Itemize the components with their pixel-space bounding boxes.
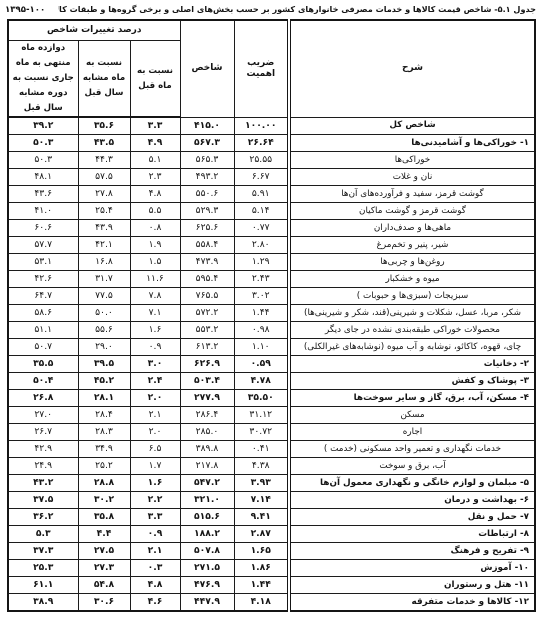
twelve-month-change-cell: ۵۰.۷: [8, 339, 78, 356]
mom-change-cell: ۳.۳: [130, 509, 180, 526]
weight-cell: ۲.۴۳: [234, 271, 289, 288]
row-label: ۱۱- هتل و رستوران: [289, 577, 535, 594]
weight-cell: ۳۵.۵۰: [234, 390, 289, 407]
yoy-change-cell: ۳۹.۵: [78, 356, 130, 373]
weight-cell: ۴.۷۸: [234, 373, 289, 390]
table-row: چای، قهوه، کاکائو، نوشابه و آب میوه (نوش…: [8, 339, 535, 356]
table-header: شرح ضریب اهمیت شاخص درصد تغییرات شاخص نس…: [8, 20, 535, 117]
cpi-table: شرح ضریب اهمیت شاخص درصد تغییرات شاخص نس…: [7, 19, 536, 612]
row-label: چای، قهوه، کاکائو، نوشابه و آب میوه (نوش…: [289, 339, 535, 356]
header-pct-change-group: درصد تغییرات شاخص: [8, 20, 180, 41]
weight-cell: ۴.۳۸: [234, 458, 289, 475]
index-cell: ۷۶۵.۵: [180, 288, 234, 305]
yoy-change-cell: ۲۸.۴: [78, 407, 130, 424]
row-label: اجاره: [289, 424, 535, 441]
mom-change-cell: ۲.۰: [130, 424, 180, 441]
weight-cell: ۱.۱۰: [234, 339, 289, 356]
index-cell: ۳۲۱.۰: [180, 492, 234, 509]
weight-cell: ۳.۰۲: [234, 288, 289, 305]
table-row: ۲- دخانیات ۰.۵۹ ۶۲۶.۹ ۳.۰ ۳۹.۵ ۳۵.۵: [8, 356, 535, 373]
table-row: ۱- خوراکی‌ها و آشامیدنی‌ها ۲۶.۶۴ ۵۶۷.۳ ۴…: [8, 135, 535, 152]
row-label: گوشت قرمز، سفید و فرآورده‌های آن‌ها: [289, 186, 535, 203]
row-label: آب، برق و سوخت: [289, 458, 535, 475]
index-cell: ۵۴۷.۲: [180, 475, 234, 492]
row-label: گوشت قرمز و گوشت ماکیان: [289, 203, 535, 220]
table-row: نان و غلات ۶.۶۷ ۴۹۳.۲ ۲.۳ ۵۷.۵ ۴۸.۱: [8, 169, 535, 186]
header-weight: ضریب اهمیت: [234, 20, 289, 117]
twelve-month-change-cell: ۵۳.۱: [8, 254, 78, 271]
weight-cell: ۲۵.۵۵: [234, 152, 289, 169]
mom-change-cell: ۰.۸: [130, 220, 180, 237]
mom-change-cell: ۱.۵: [130, 254, 180, 271]
table-row: خوراکی‌ها ۲۵.۵۵ ۵۶۵.۳ ۵.۱ ۴۴.۳ ۵۰.۳: [8, 152, 535, 169]
row-label: میوه و خشکبار: [289, 271, 535, 288]
mom-change-cell: ۲.۰: [130, 390, 180, 407]
weight-cell: ۶.۶۷: [234, 169, 289, 186]
weight-cell: ۰.۴۱: [234, 441, 289, 458]
twelve-month-change-cell: ۵.۳: [8, 526, 78, 543]
mom-change-cell: ۴.۸: [130, 577, 180, 594]
yoy-change-cell: ۴۳.۵: [78, 135, 130, 152]
weight-cell: ۲۶.۶۴: [234, 135, 289, 152]
twelve-month-change-cell: ۵۸.۶: [8, 305, 78, 322]
yoy-change-cell: ۷۷.۵: [78, 288, 130, 305]
table-row: ۹- تفریح و فرهنگ ۱.۶۵ ۵۰۷.۸ ۲.۱ ۲۷.۵ ۳۷.…: [8, 543, 535, 560]
index-cell: ۴۹۳.۲: [180, 169, 234, 186]
twelve-month-change-cell: ۲۴.۹: [8, 458, 78, 475]
row-label: نان و غلات: [289, 169, 535, 186]
mom-change-cell: ۱.۶: [130, 475, 180, 492]
index-cell: ۴۴۷.۹: [180, 594, 234, 612]
yoy-change-cell: ۳۰.۶: [78, 594, 130, 612]
twelve-month-change-cell: ۵۰.۳: [8, 152, 78, 169]
index-cell: ۶۲۶.۹: [180, 356, 234, 373]
weight-cell: ۵.۱۴: [234, 203, 289, 220]
mom-change-cell: ۶.۵: [130, 441, 180, 458]
row-label: خوراکی‌ها: [289, 152, 535, 169]
weight-cell: ۲.۸۷: [234, 526, 289, 543]
table-row: میوه و خشکبار ۲.۴۳ ۵۹۵.۴ ۱۱.۶ ۳۱.۷ ۴۲.۶: [8, 271, 535, 288]
mom-change-cell: ۰.۹: [130, 339, 180, 356]
mom-change-cell: ۳.۳: [130, 117, 180, 135]
mom-change-cell: ۵.۵: [130, 203, 180, 220]
row-label: شاخص کل: [289, 117, 535, 135]
weight-cell: ۱.۲۹: [234, 254, 289, 271]
yoy-change-cell: ۲۵.۴: [78, 203, 130, 220]
row-label: روغن‌ها و چربی‌ها: [289, 254, 535, 271]
row-label: ۱۲- کالاها و خدمات متفرقه: [289, 594, 535, 612]
mom-change-cell: ۱.۶: [130, 322, 180, 339]
table-row: ماهی‌ها و صدف‌داران ۰.۷۷ ۶۲۵.۶ ۰.۸ ۴۳.۹ …: [8, 220, 535, 237]
twelve-month-change-cell: ۳۷.۵: [8, 492, 78, 509]
mom-change-cell: ۲.۴: [130, 373, 180, 390]
yoy-change-cell: ۵۰.۰: [78, 305, 130, 322]
mom-change-cell: ۴.۹: [130, 135, 180, 152]
yoy-change-cell: ۲۷.۵: [78, 543, 130, 560]
weight-cell: ۹.۴۱: [234, 509, 289, 526]
weight-cell: ۱.۴۴: [234, 577, 289, 594]
index-cell: ۵۵۰.۶: [180, 186, 234, 203]
index-cell: ۵۶۵.۳: [180, 152, 234, 169]
table-row: ۷- حمل و نقل ۹.۴۱ ۵۱۵.۶ ۳.۳ ۳۵.۸ ۳۶.۲: [8, 509, 535, 526]
index-cell: ۵۵۳.۲: [180, 322, 234, 339]
weight-cell: ۱.۶۵: [234, 543, 289, 560]
twelve-month-change-cell: ۵۰.۳: [8, 135, 78, 152]
title-bar: جدول ۵.۱- شاخص قیمت کالاها و خدمات مصرفی…: [0, 0, 540, 15]
index-cell: ۵۰۳.۴: [180, 373, 234, 390]
index-cell: ۵۹۵.۴: [180, 271, 234, 288]
header-yoy-change: نسبت به ماه مشابه سال قبل: [78, 41, 130, 118]
table-row: گوشت قرمز، سفید و فرآورده‌های آن‌ها ۵.۹۱…: [8, 186, 535, 203]
index-cell: ۵۷۲.۲: [180, 305, 234, 322]
mom-change-cell: ۴.۶: [130, 594, 180, 612]
yoy-change-cell: ۳۱.۷: [78, 271, 130, 288]
row-label: ۹- تفریح و فرهنگ: [289, 543, 535, 560]
row-label: ۴- مسکن، آب، برق، گاز و سایر سوخت‌ها: [289, 390, 535, 407]
mom-change-cell: ۱.۷: [130, 458, 180, 475]
twelve-month-change-cell: ۲۶.۸: [8, 390, 78, 407]
mom-change-cell: ۰.۳: [130, 560, 180, 577]
row-label: ۸- ارتباطات: [289, 526, 535, 543]
table-row: ۳- پوشاک و کفش ۴.۷۸ ۵۰۳.۴ ۲.۴ ۴۵.۲ ۵۰.۴: [8, 373, 535, 390]
index-cell: ۲۱۷.۸: [180, 458, 234, 475]
index-cell: ۵۵۸.۴: [180, 237, 234, 254]
index-cell: ۵۲۹.۳: [180, 203, 234, 220]
index-cell: ۱۸۸.۲: [180, 526, 234, 543]
twelve-month-change-cell: ۵۱.۱: [8, 322, 78, 339]
table-row: ۵- مبلمان و لوازم خانگی و نگهداری معمول …: [8, 475, 535, 492]
table-row: خدمات نگهداری و تعمیر واحد مسکونی (خدمت …: [8, 441, 535, 458]
twelve-month-change-cell: ۳۷.۳: [8, 543, 78, 560]
table-row: اجاره ۳۰.۷۲ ۲۸۵.۰ ۲.۰ ۲۸.۳ ۲۶.۷: [8, 424, 535, 441]
yoy-change-cell: ۲۵.۲: [78, 458, 130, 475]
twelve-month-change-cell: ۵۰.۴: [8, 373, 78, 390]
twelve-month-change-cell: ۴۲.۶: [8, 271, 78, 288]
row-label: ۱- خوراکی‌ها و آشامیدنی‌ها: [289, 135, 535, 152]
weight-cell: ۰.۵۹: [234, 356, 289, 373]
yoy-change-cell: ۵۴.۸: [78, 577, 130, 594]
twelve-month-change-cell: ۴۸.۱: [8, 169, 78, 186]
index-cell: ۴۷۳.۹: [180, 254, 234, 271]
table-row: شکر، مربا، عسل، شکلات و شیرینی(قند، شکر …: [8, 305, 535, 322]
table-row: ۶- بهداشت و درمان ۷.۱۴ ۳۲۱.۰ ۲.۲ ۳۰.۲ ۳۷…: [8, 492, 535, 509]
twelve-month-change-cell: ۴۱.۰: [8, 203, 78, 220]
weight-cell: ۳۰.۷۲: [234, 424, 289, 441]
yoy-change-cell: ۲۹.۰: [78, 339, 130, 356]
index-cell: ۵۶۷.۳: [180, 135, 234, 152]
table-body: شاخص کل ۱۰۰.۰۰ ۴۱۵.۰ ۳.۳ ۳۵.۶ ۳۹.۲ ۱- خو…: [8, 117, 535, 611]
twelve-month-change-cell: ۳۹.۲: [8, 117, 78, 135]
table-row: ۸- ارتباطات ۲.۸۷ ۱۸۸.۲ ۰.۹ ۴.۴ ۵.۳: [8, 526, 535, 543]
row-label: ۳- پوشاک و کفش: [289, 373, 535, 390]
mom-change-cell: ۷.۸: [130, 288, 180, 305]
index-cell: ۴۷۶.۹: [180, 577, 234, 594]
table-row: شاخص کل ۱۰۰.۰۰ ۴۱۵.۰ ۳.۳ ۳۵.۶ ۳۹.۲: [8, 117, 535, 135]
yoy-change-cell: ۲۸.۸: [78, 475, 130, 492]
row-label: شکر، مربا، عسل، شکلات و شیرینی(قند، شکر …: [289, 305, 535, 322]
yoy-change-cell: ۴۲.۱: [78, 237, 130, 254]
index-cell: ۶۲۵.۶: [180, 220, 234, 237]
twelve-month-change-cell: ۳۶.۲: [8, 509, 78, 526]
table-row: ۱۰- آموزش ۱.۸۶ ۲۷۱.۵ ۰.۳ ۲۷.۳ ۲۵.۳: [8, 560, 535, 577]
base-year-note: ۱۳۹۵-۱۰۰: [5, 4, 45, 15]
row-label: شیر، پنیر و تخم‌مرغ: [289, 237, 535, 254]
table-row: شیر، پنیر و تخم‌مرغ ۲.۸۰ ۵۵۸.۴ ۱.۹ ۴۲.۱ …: [8, 237, 535, 254]
twelve-month-change-cell: ۲۵.۳: [8, 560, 78, 577]
yoy-change-cell: ۲۸.۱: [78, 390, 130, 407]
row-label: ۵- مبلمان و لوازم خانگی و نگهداری معمول …: [289, 475, 535, 492]
table-row: آب، برق و سوخت ۴.۳۸ ۲۱۷.۸ ۱.۷ ۲۵.۲ ۲۴.۹: [8, 458, 535, 475]
table-row: ۱۱- هتل و رستوران ۱.۴۴ ۴۷۶.۹ ۴.۸ ۵۴.۸ ۶۱…: [8, 577, 535, 594]
twelve-month-change-cell: ۶۴.۷: [8, 288, 78, 305]
header-index: شاخص: [180, 20, 234, 117]
yoy-change-cell: ۴۳.۹: [78, 220, 130, 237]
twelve-month-change-cell: ۴۳.۶: [8, 186, 78, 203]
weight-cell: ۳۱.۱۲: [234, 407, 289, 424]
yoy-change-cell: ۳۴.۹: [78, 441, 130, 458]
weight-cell: ۱.۸۶: [234, 560, 289, 577]
mom-change-cell: ۲.۱: [130, 407, 180, 424]
mom-change-cell: ۵.۱: [130, 152, 180, 169]
header-mom-change: نسبت به ماه قبل: [130, 41, 180, 118]
weight-cell: ۱.۴۴: [234, 305, 289, 322]
row-label: ۶- بهداشت و درمان: [289, 492, 535, 509]
row-label: ماهی‌ها و صدف‌داران: [289, 220, 535, 237]
mom-change-cell: ۷.۱: [130, 305, 180, 322]
yoy-change-cell: ۲۷.۸: [78, 186, 130, 203]
mom-change-cell: ۱۱.۶: [130, 271, 180, 288]
yoy-change-cell: ۲۸.۳: [78, 424, 130, 441]
table-row: ۱۲- کالاها و خدمات متفرقه ۴.۱۸ ۴۴۷.۹ ۴.۶…: [8, 594, 535, 612]
twelve-month-change-cell: ۶۰.۶: [8, 220, 78, 237]
index-cell: ۲۷۷.۹: [180, 390, 234, 407]
yoy-change-cell: ۵۵.۶: [78, 322, 130, 339]
header-description: شرح: [289, 20, 535, 117]
mom-change-cell: ۴.۸: [130, 186, 180, 203]
table-row: ۴- مسکن، آب، برق، گاز و سایر سوخت‌ها ۳۵.…: [8, 390, 535, 407]
row-label: مسکن: [289, 407, 535, 424]
yoy-change-cell: ۱۶.۸: [78, 254, 130, 271]
yoy-change-cell: ۲۷.۳: [78, 560, 130, 577]
twelve-month-change-cell: ۳۸.۹: [8, 594, 78, 612]
twelve-month-change-cell: ۵۷.۷: [8, 237, 78, 254]
row-label: ۲- دخانیات: [289, 356, 535, 373]
index-cell: ۳۸۹.۸: [180, 441, 234, 458]
table-row: مسکن ۳۱.۱۲ ۲۸۶.۴ ۲.۱ ۲۸.۴ ۲۷.۰: [8, 407, 535, 424]
yoy-change-cell: ۳۵.۸: [78, 509, 130, 526]
twelve-month-change-cell: ۲۷.۰: [8, 407, 78, 424]
twelve-month-change-cell: ۶۱.۱: [8, 577, 78, 594]
weight-cell: ۰.۷۷: [234, 220, 289, 237]
index-cell: ۲۷۱.۵: [180, 560, 234, 577]
table-row: روغن‌ها و چربی‌ها ۱.۲۹ ۴۷۳.۹ ۱.۵ ۱۶.۸ ۵۳…: [8, 254, 535, 271]
weight-cell: ۴.۱۸: [234, 594, 289, 612]
mom-change-cell: ۱.۹: [130, 237, 180, 254]
mom-change-cell: ۰.۹: [130, 526, 180, 543]
index-cell: ۲۸۶.۴: [180, 407, 234, 424]
index-cell: ۴۱۵.۰: [180, 117, 234, 135]
yoy-change-cell: ۵۷.۵: [78, 169, 130, 186]
mom-change-cell: ۲.۳: [130, 169, 180, 186]
page-title: جدول ۵.۱- شاخص قیمت کالاها و خدمات مصرفی…: [58, 4, 536, 14]
row-label: ۱۰- آموزش: [289, 560, 535, 577]
yoy-change-cell: ۴۵.۲: [78, 373, 130, 390]
yoy-change-cell: ۴۴.۳: [78, 152, 130, 169]
weight-cell: ۵.۹۱: [234, 186, 289, 203]
yoy-change-cell: ۴.۴: [78, 526, 130, 543]
table-row: محصولات خوراکی طبقه‌بندی نشده در جای دیگ…: [8, 322, 535, 339]
twelve-month-change-cell: ۴۲.۹: [8, 441, 78, 458]
document-page: { "meta": { "title": "جدول ۵.۱- شاخص قیم…: [0, 0, 540, 640]
table-row: سبزیجات (سبزی‌ها و حبوبات ) ۳.۰۲ ۷۶۵.۵ ۷…: [8, 288, 535, 305]
index-cell: ۶۱۳.۲: [180, 339, 234, 356]
yoy-change-cell: ۳۰.۲: [78, 492, 130, 509]
twelve-month-change-cell: ۴۳.۲: [8, 475, 78, 492]
weight-cell: ۲.۸۰: [234, 237, 289, 254]
mom-change-cell: ۳.۰: [130, 356, 180, 373]
mom-change-cell: ۲.۱: [130, 543, 180, 560]
row-label: سبزیجات (سبزی‌ها و حبوبات ): [289, 288, 535, 305]
header-twelve-month-change: دوازده ماه منتهی به ماه جاری نسبت به دور…: [8, 41, 78, 118]
weight-cell: ۳.۹۳: [234, 475, 289, 492]
table-row: گوشت قرمز و گوشت ماکیان ۵.۱۴ ۵۲۹.۳ ۵.۵ ۲…: [8, 203, 535, 220]
yoy-change-cell: ۳۵.۶: [78, 117, 130, 135]
twelve-month-change-cell: ۲۶.۷: [8, 424, 78, 441]
weight-cell: ۷.۱۴: [234, 492, 289, 509]
weight-cell: ۰.۹۸: [234, 322, 289, 339]
row-label: خدمات نگهداری و تعمیر واحد مسکونی (خدمت …: [289, 441, 535, 458]
twelve-month-change-cell: ۳۵.۵: [8, 356, 78, 373]
mom-change-cell: ۲.۲: [130, 492, 180, 509]
row-label: محصولات خوراکی طبقه‌بندی نشده در جای دیگ…: [289, 322, 535, 339]
index-cell: ۵۰۷.۸: [180, 543, 234, 560]
index-cell: ۵۱۵.۶: [180, 509, 234, 526]
row-label: ۷- حمل و نقل: [289, 509, 535, 526]
index-cell: ۲۸۵.۰: [180, 424, 234, 441]
weight-cell: ۱۰۰.۰۰: [234, 117, 289, 135]
